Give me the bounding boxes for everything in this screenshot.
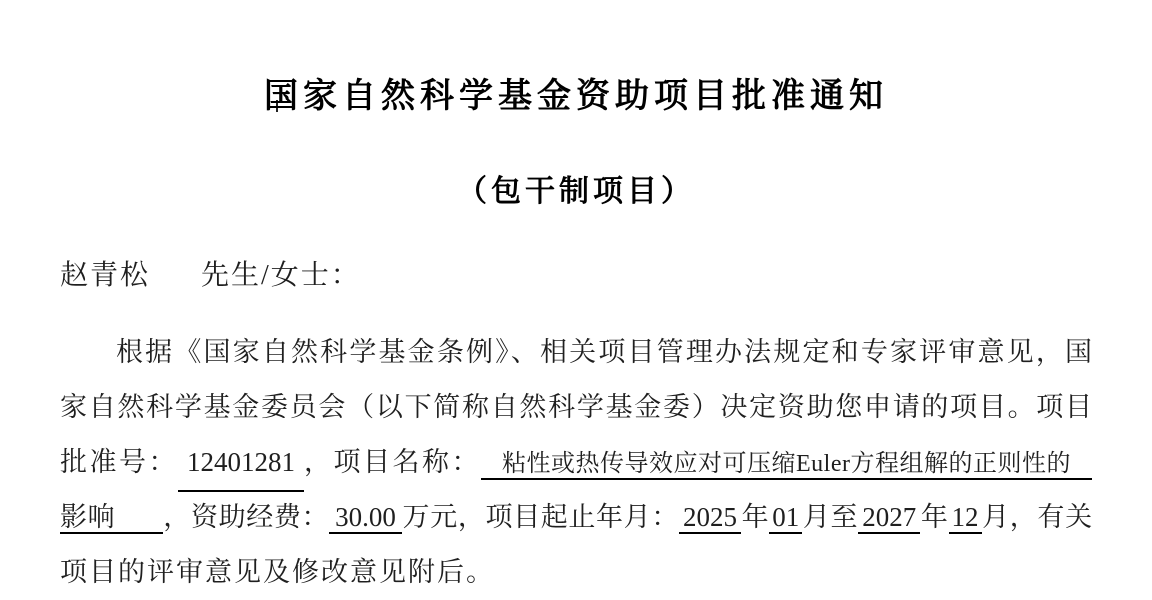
end-month-value: 12 — [949, 502, 982, 534]
body-line-5: 项目的评审意见及修改意见附后。 — [60, 545, 1092, 600]
body-line-1: 根据《国家自然科学基金条例》、相关项目管理办法规定和专家评审意见，国 — [60, 325, 1092, 380]
end-year-value: 2027 — [858, 502, 920, 534]
recipient-name: 赵青松 — [60, 260, 150, 291]
start-year-value: 2025 — [679, 502, 741, 534]
month-to-chars: 月至 — [802, 502, 858, 532]
start-month-value: 01 — [769, 502, 802, 534]
project-name-value-part1: 粘性或热传导效应对可压缩Euler方程组解的正则性的 — [481, 450, 1092, 480]
body-line-3: 批准号： 12401281 ，项目名称： 粘性或热传导效应对可压缩Euler方程… — [60, 435, 1092, 490]
year-char-1: 年 — [741, 502, 769, 532]
body-line-2: 家自然科学基金委员会（以下简称自然科学基金委）决定资助您申请的项目。项目 — [60, 380, 1092, 435]
line4-tail: 月，有关 — [982, 502, 1093, 532]
dates-label: 万元，项目起止年月： — [402, 502, 679, 532]
funding-label: ，资助经费： — [163, 502, 329, 532]
project-name-value-part2: 影响 — [60, 502, 163, 534]
approval-notice-page: 国家自然科学基金资助项目批准通知 （包干制项目） 赵青松 先生/女士： 根据《国… — [0, 0, 1152, 600]
document-subtitle: （包干制项目） — [0, 166, 1152, 210]
project-name-label: ，项目名称： — [304, 435, 481, 490]
funding-amount-value: 30.00 — [329, 502, 402, 534]
body-paragraph: 根据《国家自然科学基金条例》、相关项目管理办法规定和专家评审意见，国 家自然科学… — [60, 325, 1092, 600]
salutation-suffix: 先生/女士： — [201, 260, 361, 291]
grant-number-value: 12401281 — [178, 435, 304, 492]
grant-number-label: 批准号： — [60, 435, 178, 490]
salutation-line: 赵青松 先生/女士： — [60, 258, 361, 294]
year-char-2: 年 — [920, 502, 948, 532]
document-title: 国家自然科学基金资助项目批准通知 — [0, 68, 1152, 117]
body-line-4: 影响，资助经费：30.00万元，项目起止年月：2025年01月至2027年12月… — [60, 490, 1092, 545]
